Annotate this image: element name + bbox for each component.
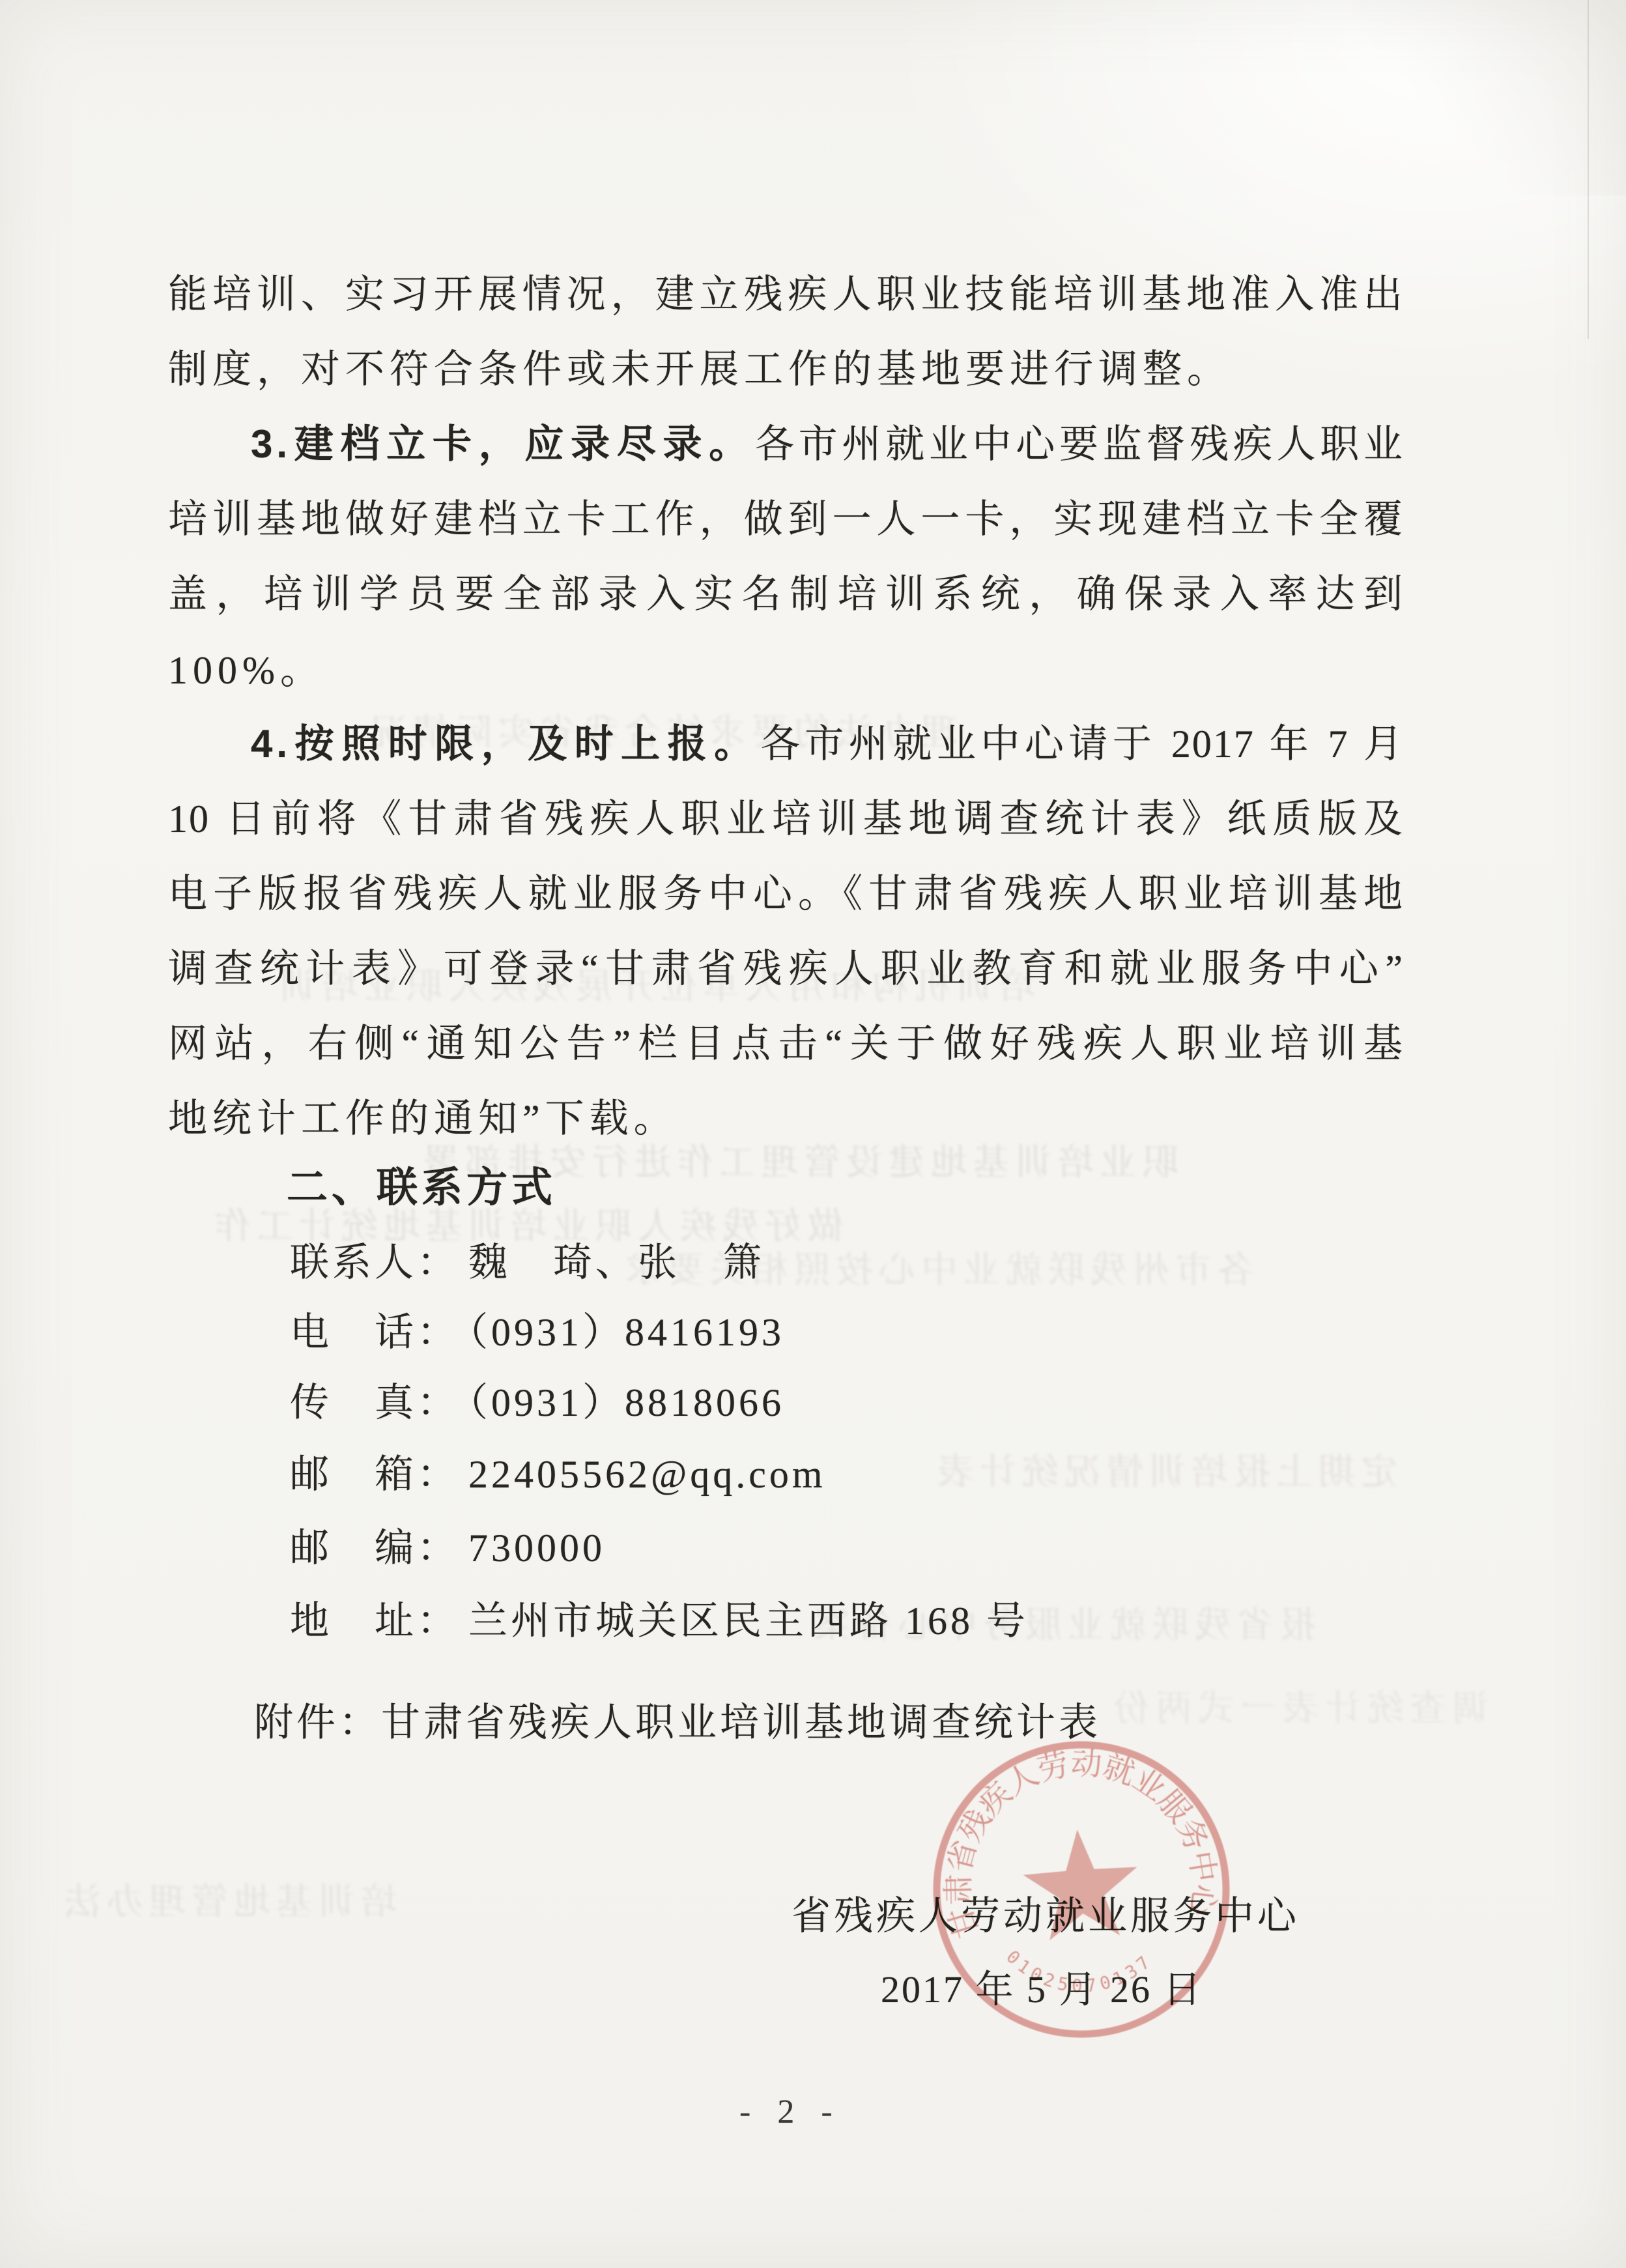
body-line-text: 地统计工作的通知”下载。 — [168, 1097, 678, 1140]
body-line-text: 制度，对不符合条件或未开展工作的基地要进行调整。 — [168, 348, 1231, 391]
contact-value: 兰州市城关区民主西路 168 号 — [468, 1600, 1029, 1643]
svg-text:01025070137: 01025070137 — [1001, 1937, 1160, 2002]
body-line: 能培训、实习开展情况，建立残疾人职业技能培训基地准入准出 — [168, 272, 1404, 317]
body-line: 3.建档立卡，应录尽录。各市州就业中心要监督残疾人职业 — [168, 422, 1404, 467]
body-line: 培训基地做好建档立卡工作，做到一人一卡，实现建档立卡全覆 — [168, 497, 1404, 541]
body-line-bold-prefix: 3.建档立卡，应录尽录。 — [251, 422, 755, 466]
body-line-text: 100%。 — [168, 649, 324, 692]
contact-row-postcode: 邮 编：730000 — [290, 1517, 605, 1573]
body-line: 4.按照时限，及时上报。各市州就业中心请于 2017 年 7 月 — [168, 722, 1404, 766]
body-line-text: 培训基地做好建档立卡工作，做到一人一卡，实现建档立卡全覆 — [168, 498, 1404, 541]
contact-row-phone: 电 话：（0931）8416193 — [290, 1301, 784, 1357]
bleed-through-text: 培训基地管理办法 — [59, 1873, 397, 1925]
body-line-text: 电子版报省残疾人就业服务中心。《甘肃省残疾人职业培训基地 — [168, 872, 1404, 915]
body-line-text: 网站，右侧“通知公告”栏目点击“关于做好残疾人职业培训基 — [168, 1022, 1404, 1065]
official-seal: 甘肃省残疾人劳动就业服务中心 01025070137 — [913, 1721, 1250, 2058]
contact-label: 邮 编： — [290, 1527, 459, 1570]
body-line: 电子版报省残疾人就业服务中心。《甘肃省残疾人职业培训基地 — [168, 872, 1404, 916]
contact-row-fax: 传 真：（0931）8818066 — [290, 1371, 784, 1428]
body-line: 制度，对不符合条件或未开展工作的基地要进行调整。 — [168, 347, 1404, 392]
body-line: 调查统计表》可登录“甘肃省残疾人职业教育和就业服务中心” — [168, 947, 1404, 991]
contact-label: 邮 箱： — [290, 1453, 459, 1496]
body-line: 10 日前将《甘肃省残疾人职业培训基地调查统计表》纸质版及 — [168, 797, 1404, 841]
seal-star-icon — [1020, 1826, 1141, 1942]
body-line-text: 能培训、实习开展情况，建立残疾人职业技能培训基地准入准出 — [168, 273, 1404, 316]
contact-value: （0931）8818066 — [468, 1381, 784, 1424]
contact-row-address: 地 址：兰州市城关区民主西路 168 号 — [290, 1590, 1029, 1646]
bleed-through-text: 定期上报培训情况统计表 — [932, 1443, 1397, 1495]
body-line-text: 盖，培训学员要全部录入实名制培训系统，确保录入率达到 — [168, 573, 1404, 616]
contact-section-heading: 二、联系方式 — [287, 1155, 556, 1214]
body-line-bold-prefix: 4.按照时限，及时上报。 — [251, 722, 761, 766]
body-line-text: 各市州就业中心请于 2017 年 7 月 — [761, 723, 1404, 766]
body-line: 网站，右侧“通知公告”栏目点击“关于做好残疾人职业培训基 — [168, 1022, 1404, 1066]
contact-value: 730000 — [468, 1527, 605, 1570]
bleed-through-text: 调查统计表一式两份 — [1107, 1680, 1489, 1732]
contact-value: 22405562@qq.com — [468, 1453, 826, 1496]
contact-label: 地 址： — [290, 1600, 459, 1643]
body-line: 100%。 — [168, 648, 1404, 693]
body-line-text: 10 日前将《甘肃省残疾人职业培训基地调查统计表》纸质版及 — [168, 797, 1404, 840]
contact-label: 传 真： — [290, 1381, 459, 1424]
scan-corner-shade — [1352, 0, 1626, 195]
contact-value: 魏 琦、张 箫 — [468, 1241, 765, 1284]
body-line: 地统计工作的通知”下载。 — [168, 1097, 1404, 1141]
contact-row-person: 联系人：魏 琦、张 箫 — [290, 1231, 765, 1287]
seal-serial-number: 01025070137 — [1001, 1937, 1160, 2002]
contact-label: 联系人： — [290, 1241, 459, 1284]
body-line: 盖，培训学员要全部录入实名制培训系统，确保录入率达到 — [168, 572, 1404, 616]
page-number: - 2 - — [739, 2093, 842, 2131]
body-line-text: 各市州就业中心要监督残疾人职业 — [755, 423, 1404, 466]
contact-label: 电 话： — [290, 1311, 459, 1354]
scan-page-edge-line — [1588, 0, 1589, 339]
contact-value: （0931）8416193 — [468, 1311, 784, 1354]
body-line-text: 调查统计表》可登录“甘肃省残疾人职业教育和就业服务中心” — [168, 947, 1404, 990]
contact-row-email: 邮 箱：22405562@qq.com — [290, 1443, 826, 1499]
scanned-document-page: 理办法的要求结合我省实际情况 培训机构和用人单位开展残疾人职业培训 职业培训基地… — [0, 0, 1626, 2268]
